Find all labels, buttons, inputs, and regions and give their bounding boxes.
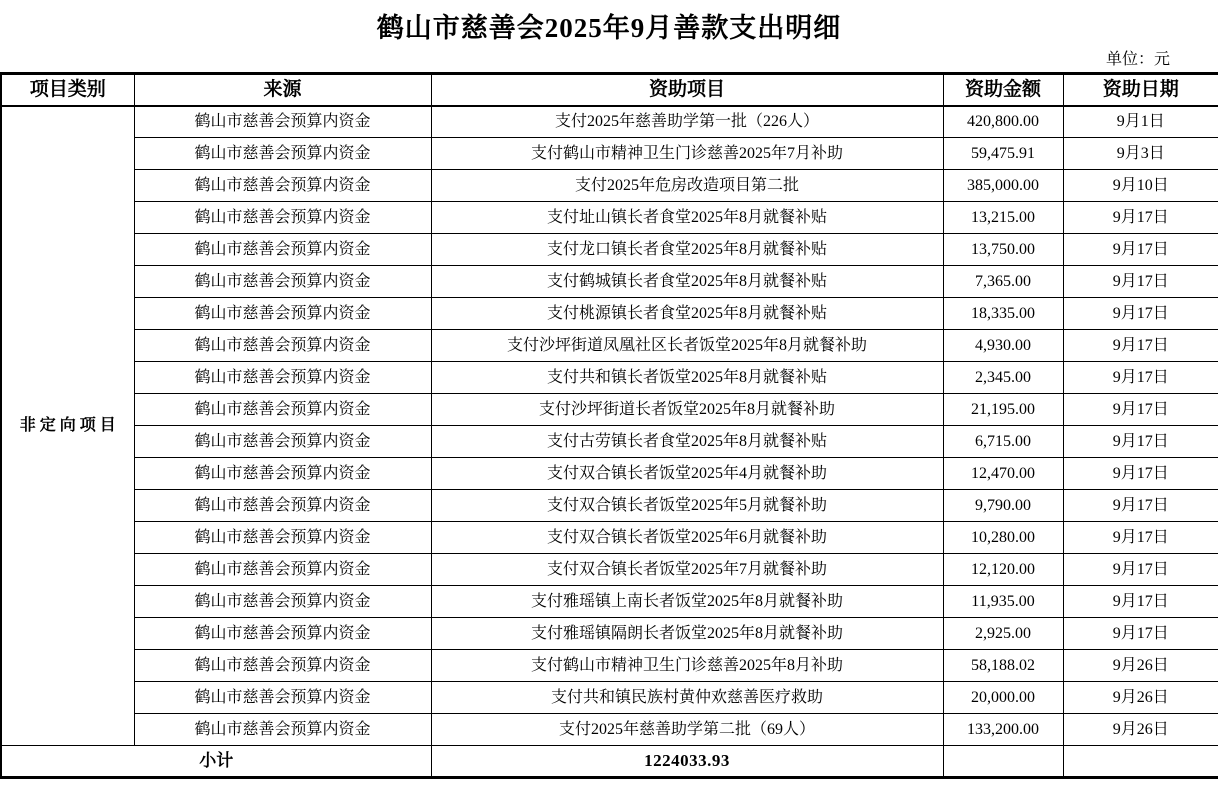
row-amount: 59,475.91 [943,138,1063,170]
row-amount: 7,365.00 [943,266,1063,298]
row-project: 支付龙口镇长者食堂2025年8月就餐补贴 [431,234,943,266]
table-footer: 小计 1224033.93 [1,746,1218,778]
row-project: 支付古劳镇长者食堂2025年8月就餐补贴 [431,426,943,458]
row-date: 9月26日 [1063,682,1218,714]
row-project: 支付共和镇长者饭堂2025年8月就餐补贴 [431,362,943,394]
row-project: 支付共和镇民族村黄仲欢慈善医疗救助 [431,682,943,714]
subtotal-amount: 1224033.93 [431,746,943,778]
header-category: 项目类别 [1,74,134,106]
row-source: 鹤山市慈善会预算内资金 [134,522,431,554]
expense-table: 项目类别 来源 资助项目 资助金额 资助日期 非 定 向 项 目鹤山市慈善会预算… [0,72,1218,779]
table-row: 鹤山市慈善会预算内资金 支付2025年慈善助学第二批（69人） 133,200.… [1,714,1218,746]
row-date: 9月17日 [1063,490,1218,522]
row-project: 支付沙坪街道凤凰社区长者饭堂2025年8月就餐补助 [431,330,943,362]
row-project: 支付双合镇长者饭堂2025年6月就餐补助 [431,522,943,554]
row-source: 鹤山市慈善会预算内资金 [134,714,431,746]
header-date: 资助日期 [1063,74,1218,106]
row-amount: 13,215.00 [943,202,1063,234]
header-row: 项目类别 来源 资助项目 资助金额 资助日期 [1,74,1218,106]
row-amount: 21,195.00 [943,394,1063,426]
row-amount: 58,188.02 [943,650,1063,682]
row-project: 支付鹤山市精神卫生门诊慈善2025年8月补助 [431,650,943,682]
row-project: 支付2025年危房改造项目第二批 [431,170,943,202]
row-date: 9月17日 [1063,522,1218,554]
table-row: 鹤山市慈善会预算内资金 支付雅瑶镇隔朗长者饭堂2025年8月就餐补助 2,925… [1,618,1218,650]
row-project: 支付2025年慈善助学第一批（226人） [431,106,943,138]
table-row: 鹤山市慈善会预算内资金 支付鹤山市精神卫生门诊慈善2025年7月补助 59,47… [1,138,1218,170]
table-row: 鹤山市慈善会预算内资金 支付2025年危房改造项目第二批 385,000.00 … [1,170,1218,202]
document-page: 鹤山市慈善会2025年9月善款支出明细 单位：元 项目类别 来源 资助项目 资助… [0,0,1218,786]
table-row: 鹤山市慈善会预算内资金 支付龙口镇长者食堂2025年8月就餐补贴 13,750.… [1,234,1218,266]
row-date: 9月17日 [1063,362,1218,394]
row-date: 9月26日 [1063,714,1218,746]
row-date: 9月17日 [1063,394,1218,426]
row-date: 9月17日 [1063,266,1218,298]
row-source: 鹤山市慈善会预算内资金 [134,234,431,266]
row-source: 鹤山市慈善会预算内资金 [134,618,431,650]
table-row: 鹤山市慈善会预算内资金 支付雅瑶镇上南长者饭堂2025年8月就餐补助 11,93… [1,586,1218,618]
page-title: 鹤山市慈善会2025年9月善款支出明细 [0,0,1218,48]
row-date: 9月17日 [1063,426,1218,458]
row-source: 鹤山市慈善会预算内资金 [134,170,431,202]
table-header: 项目类别 来源 资助项目 资助金额 资助日期 [1,74,1218,106]
row-amount: 133,200.00 [943,714,1063,746]
row-amount: 10,280.00 [943,522,1063,554]
table-row: 鹤山市慈善会预算内资金 支付古劳镇长者食堂2025年8月就餐补贴 6,715.0… [1,426,1218,458]
row-date: 9月17日 [1063,618,1218,650]
row-date: 9月17日 [1063,458,1218,490]
row-source: 鹤山市慈善会预算内资金 [134,362,431,394]
table-row: 鹤山市慈善会预算内资金 支付沙坪街道长者饭堂2025年8月就餐补助 21,195… [1,394,1218,426]
row-amount: 20,000.00 [943,682,1063,714]
row-amount: 18,335.00 [943,298,1063,330]
table-row: 鹤山市慈善会预算内资金 支付址山镇长者食堂2025年8月就餐补贴 13,215.… [1,202,1218,234]
row-amount: 12,120.00 [943,554,1063,586]
table-row: 鹤山市慈善会预算内资金 支付沙坪街道凤凰社区长者饭堂2025年8月就餐补助 4,… [1,330,1218,362]
row-project: 支付双合镇长者饭堂2025年4月就餐补助 [431,458,943,490]
row-source: 鹤山市慈善会预算内资金 [134,330,431,362]
row-amount: 4,930.00 [943,330,1063,362]
row-amount: 6,715.00 [943,426,1063,458]
table-row: 鹤山市慈善会预算内资金 支付双合镇长者饭堂2025年5月就餐补助 9,790.0… [1,490,1218,522]
row-project: 支付桃源镇长者食堂2025年8月就餐补贴 [431,298,943,330]
table-row: 鹤山市慈善会预算内资金 支付鹤城镇长者食堂2025年8月就餐补贴 7,365.0… [1,266,1218,298]
row-project: 支付雅瑶镇隔朗长者饭堂2025年8月就餐补助 [431,618,943,650]
row-source: 鹤山市慈善会预算内资金 [134,106,431,138]
table-row: 鹤山市慈善会预算内资金 支付共和镇长者饭堂2025年8月就餐补贴 2,345.0… [1,362,1218,394]
row-source: 鹤山市慈善会预算内资金 [134,682,431,714]
row-amount: 420,800.00 [943,106,1063,138]
row-project: 支付鹤山市精神卫生门诊慈善2025年7月补助 [431,138,943,170]
row-source: 鹤山市慈善会预算内资金 [134,554,431,586]
row-date: 9月17日 [1063,554,1218,586]
row-amount: 385,000.00 [943,170,1063,202]
category-cell: 非 定 向 项 目 [1,106,134,746]
subtotal-date [943,746,1063,778]
row-source: 鹤山市慈善会预算内资金 [134,650,431,682]
table-row: 鹤山市慈善会预算内资金 支付桃源镇长者食堂2025年8月就餐补贴 18,335.… [1,298,1218,330]
row-project: 支付鹤城镇长者食堂2025年8月就餐补贴 [431,266,943,298]
row-date: 9月17日 [1063,234,1218,266]
row-date: 9月17日 [1063,202,1218,234]
row-project: 支付双合镇长者饭堂2025年7月就餐补助 [431,554,943,586]
row-project: 支付雅瑶镇上南长者饭堂2025年8月就餐补助 [431,586,943,618]
table-row: 鹤山市慈善会预算内资金 支付双合镇长者饭堂2025年4月就餐补助 12,470.… [1,458,1218,490]
header-amount: 资助金额 [943,74,1063,106]
row-source: 鹤山市慈善会预算内资金 [134,426,431,458]
row-date: 9月17日 [1063,330,1218,362]
row-amount: 2,345.00 [943,362,1063,394]
row-source: 鹤山市慈善会预算内资金 [134,138,431,170]
row-source: 鹤山市慈善会预算内资金 [134,490,431,522]
row-amount: 2,925.00 [943,618,1063,650]
row-amount: 12,470.00 [943,458,1063,490]
table-row: 鹤山市慈善会预算内资金 支付共和镇民族村黄仲欢慈善医疗救助 20,000.00 … [1,682,1218,714]
row-date: 9月3日 [1063,138,1218,170]
table-row: 鹤山市慈善会预算内资金 支付鹤山市精神卫生门诊慈善2025年8月补助 58,18… [1,650,1218,682]
header-project: 资助项目 [431,74,943,106]
row-amount: 11,935.00 [943,586,1063,618]
row-project: 支付沙坪街道长者饭堂2025年8月就餐补助 [431,394,943,426]
row-project: 支付址山镇长者食堂2025年8月就餐补贴 [431,202,943,234]
row-date: 9月17日 [1063,298,1218,330]
table-row: 鹤山市慈善会预算内资金 支付双合镇长者饭堂2025年7月就餐补助 12,120.… [1,554,1218,586]
row-project: 支付2025年慈善助学第二批（69人） [431,714,943,746]
row-source: 鹤山市慈善会预算内资金 [134,266,431,298]
row-date: 9月17日 [1063,586,1218,618]
table-row: 非 定 向 项 目鹤山市慈善会预算内资金 支付2025年慈善助学第一批（226人… [1,106,1218,138]
row-date: 9月1日 [1063,106,1218,138]
unit-label: 单位：元 [0,48,1218,72]
header-source: 来源 [134,74,431,106]
row-source: 鹤山市慈善会预算内资金 [134,394,431,426]
row-project: 支付双合镇长者饭堂2025年5月就餐补助 [431,490,943,522]
row-date: 9月26日 [1063,650,1218,682]
table-body: 非 定 向 项 目鹤山市慈善会预算内资金 支付2025年慈善助学第一批（226人… [1,106,1218,746]
subtotal-label: 小计 [1,746,431,778]
row-source: 鹤山市慈善会预算内资金 [134,298,431,330]
row-source: 鹤山市慈善会预算内资金 [134,458,431,490]
row-date: 9月10日 [1063,170,1218,202]
subtotal-row: 小计 1224033.93 [1,746,1218,778]
table-row: 鹤山市慈善会预算内资金 支付双合镇长者饭堂2025年6月就餐补助 10,280.… [1,522,1218,554]
row-source: 鹤山市慈善会预算内资金 [134,586,431,618]
row-source: 鹤山市慈善会预算内资金 [134,202,431,234]
row-amount: 9,790.00 [943,490,1063,522]
row-amount: 13,750.00 [943,234,1063,266]
